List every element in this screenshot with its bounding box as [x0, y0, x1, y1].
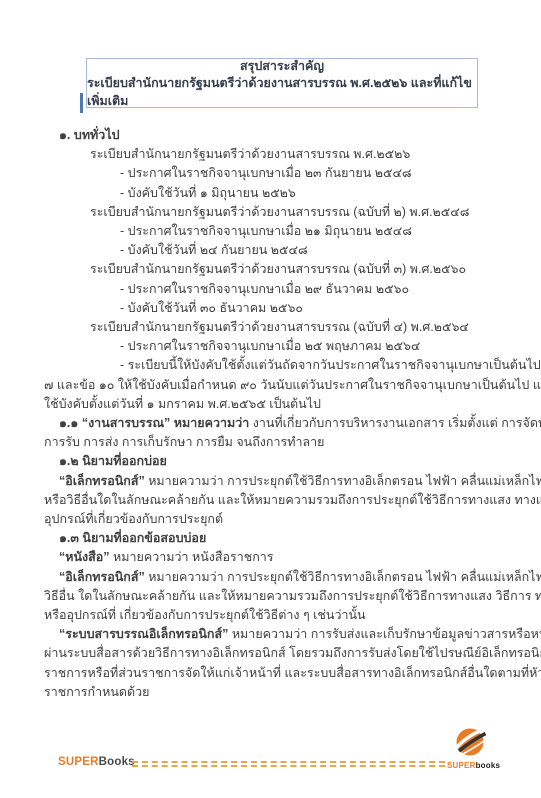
text-line: ระเบียบสำนักนายกรัฐมนตรีว่าด้วยงานสารบรร… — [44, 145, 497, 164]
text-line: ใช้บังคับตั้งแต่วันที่ ๑ มกราคม พ.ศ.๒๕๖๕… — [44, 395, 497, 414]
brand-super-label: SUPER — [447, 761, 476, 770]
text-line: “หนังสือ” หมายความว่า หนังสือราชการ — [44, 548, 497, 567]
text-line: ระเบียบสำนักนายกรัฐมนตรีว่าด้วยงานสารบรร… — [44, 318, 497, 337]
text-line: ระเบียบสำนักนายกรัฐมนตรีว่าด้วยงานสารบรร… — [44, 260, 497, 279]
document-page: สรุปสาระสำคัญ ระเบียบสำนักนายกรัฐมนตรีว่… — [0, 0, 541, 798]
footer-brand-right: SUPERbooks — [447, 761, 493, 770]
brand-books-label: books — [476, 761, 501, 770]
text-line: - บังคับใช้วันที่ ๑ มิถุนายน ๒๕๒๖ — [44, 184, 497, 203]
text-line: “อิเล็กทรอนิกส์” หมายความว่า การประยุกต์… — [44, 472, 497, 491]
text-line: - ประกาศในราชกิจจานุเบกษาเมื่อ ๒๕ พฤษภาค… — [44, 337, 497, 356]
text-line: “ระบบสารบรรณอิเล็กทรอนิกส์” หมายความว่า … — [44, 625, 497, 644]
text-line: ระเบียบสำนักนายกรัฐมนตรีว่าด้วยงานสารบรร… — [44, 203, 497, 222]
footer-separator-line — [132, 761, 445, 767]
text-line: ราชการหรือที่ส่วนราชการจัดให้แก่เจ้าหน้า… — [44, 664, 497, 683]
footer-logo: SUPERbooks — [447, 726, 493, 770]
text-line: ๑.๑ “งานสารบรรณ” หมายความว่า งานที่เกี่ย… — [44, 414, 497, 433]
text-line: อุปกรณ์ที่เกี่ยวข้องกับการประยุกต์ — [44, 510, 497, 529]
text-line: ๑.๓ นิยามที่ออกข้อสอบบ่อย — [44, 529, 497, 548]
text-line: วิธีอื่น ใดในลักษณะคล้ายกัน และให้หมายคว… — [44, 587, 497, 606]
superbooks-logo-icon — [454, 726, 486, 758]
text-line: - ประกาศในราชกิจจานุเบกษาเมื่อ ๒๙ ธันวาค… — [44, 280, 497, 299]
text-line: ๑.๒ นิยามที่ออกบ่อย — [44, 452, 497, 471]
footer-brand-left: SUPERBooks — [58, 756, 135, 768]
brand-books-label: Books — [99, 756, 135, 768]
text-line: - ระเบียบนี้ให้บังคับใช้ตั้งแต่วันถัดจาก… — [44, 356, 497, 375]
text-line: - ประกาศในราชกิจจานุเบกษาเมื่อ ๒๑ มิถุนา… — [44, 222, 497, 241]
text-line: หรือวิธีอื่นใดในลักษณะคล้ายกัน และให้หมา… — [44, 491, 497, 510]
text-line: หรืออุปกรณ์ที่ เกี่ยวข้องกับการประยุกต์ใ… — [44, 606, 497, 625]
brand-super-label: SUPER — [58, 756, 99, 768]
text-line: ผ่านระบบสื่อสารด้วยวิธีการทางอิเล็กทรอนิ… — [44, 644, 497, 663]
document-body: ๑. บททั่วไประเบียบสำนักนายกรัฐมนตรีว่าด้… — [44, 126, 497, 702]
footer: SUPERBooks SUPERbooks — [0, 750, 541, 790]
text-line: “อิเล็กทรอนิกส์” หมายความว่า การประยุกต์… — [44, 568, 497, 587]
text-line: - ประกาศในราชกิจจานุเบกษาเมื่อ ๒๓ กันยาย… — [44, 164, 497, 183]
summary-title-box: สรุปสาระสำคัญ ระเบียบสำนักนายกรัฐมนตรีว่… — [86, 58, 478, 108]
cursor-mark — [80, 93, 83, 113]
text-line: ๗ และข้อ ๑๐ ให้ใช้บังคับเมื่อกำหนด ๙๐ วั… — [44, 376, 497, 395]
text-line: การรับ การส่ง การเก็บรักษา การยืม จนถึงก… — [44, 433, 497, 452]
text-line: ราชการกำหนดด้วย — [44, 683, 497, 702]
title-line-2: ระเบียบสำนักนายกรัฐมนตรีว่าด้วยงานสารบรร… — [87, 74, 477, 110]
title-line-1: สรุปสาระสำคัญ — [240, 58, 324, 74]
text-line: ๑. บททั่วไป — [44, 126, 497, 145]
text-line: - บังคับใช้วันที่ ๓๐ ธันวาคม ๒๕๖๐ — [44, 299, 497, 318]
text-line: - บังคับใช้วันที่ ๒๔ กันยายน ๒๕๔๘ — [44, 241, 497, 260]
